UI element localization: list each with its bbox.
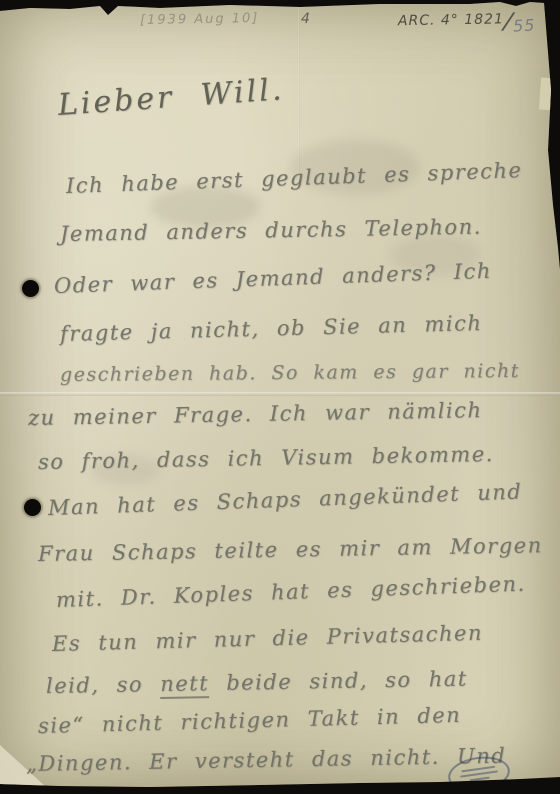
archive-reference: ARC. 4° 1821/55 [398, 7, 536, 37]
letter-line: Man hat es Schaps angekündet und [48, 479, 523, 520]
letter-page: [1939 Aug 10] 4 ARC. 4° 1821/55 Lieber W… [0, 0, 560, 794]
page-number-annotation: 4 [301, 11, 310, 27]
letter-line: fragte ja nicht, ob Sie an mich [60, 311, 483, 346]
tape-remnant [539, 77, 557, 110]
horizontal-fold-crease [0, 392, 560, 396]
scanned-letter: [1939 Aug 10] 4 ARC. 4° 1821/55 Lieber W… [0, 0, 560, 794]
letter-line-post: beide sind, so hat [209, 667, 468, 696]
letter-line: Es tun mir nur die Privatsachen [52, 621, 484, 656]
letter-line: Oder war es Jemand anders? Ich [54, 259, 493, 298]
letter-line: „Dingen. Er versteht das nicht. Und [26, 744, 507, 776]
archive-folio-number: 55 [513, 15, 536, 35]
pencil-date-annotation: [1939 Aug 10] [140, 11, 260, 28]
letter-line: zu meiner Frage. Ich war nämlich [28, 398, 483, 430]
hole-punch-top [22, 280, 39, 297]
letter-salutation: Lieber Will. [57, 72, 286, 123]
letter-line: so froh, dass ich Visum bekomme. [38, 442, 494, 474]
underlined-word: nett [160, 671, 209, 699]
letter-line: geschrieben hab. So kam es gar nicht [60, 360, 520, 386]
letter-line-pre: leid, so [46, 672, 161, 698]
archive-reference-code: ARC. 4° 1821 [398, 11, 504, 29]
letter-line-with-underline: leid, so nett beide sind, so hat [46, 667, 468, 698]
letter-line: Frau Schaps teilte es mir am Morgen [38, 533, 543, 566]
letter-line: mit. Dr. Koples hat es geschrieben. [56, 572, 526, 612]
stamp-text-line [470, 777, 490, 782]
letter-line: sie“ nicht richtigen Takt in den [38, 703, 462, 738]
hole-punch-bottom [24, 499, 41, 516]
